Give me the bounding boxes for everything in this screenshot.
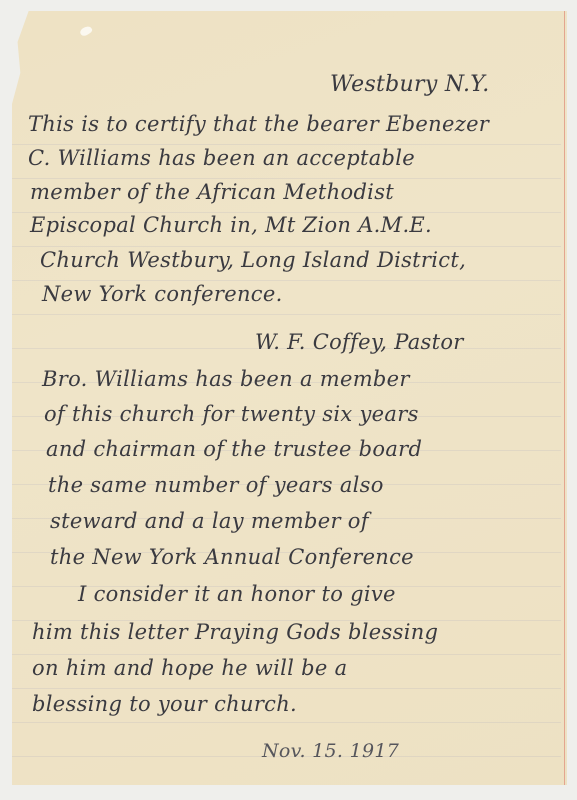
postscript-line: the same number of years also bbox=[48, 473, 384, 497]
body-line: Episcopal Church in, Mt Zion A.M.E. bbox=[30, 213, 432, 237]
ruled-line bbox=[12, 246, 561, 247]
body-line: member of the African Methodist bbox=[30, 180, 394, 204]
ruled-line bbox=[12, 178, 561, 179]
postscript-line: blessing to your church. bbox=[32, 692, 297, 716]
postscript-line: of this church for twenty six years bbox=[44, 402, 419, 426]
postscript-line: him this letter Praying Gods blessing bbox=[32, 620, 438, 644]
ruled-line bbox=[12, 314, 561, 315]
letter-place: Westbury N.Y. bbox=[330, 72, 490, 97]
postscript-line: the New York Annual Conference bbox=[50, 545, 414, 569]
ruled-line bbox=[12, 688, 561, 689]
postscript-line: on him and hope he will be a bbox=[32, 656, 347, 680]
margin-line bbox=[564, 11, 566, 785]
ruled-line bbox=[12, 722, 561, 723]
body-line: Church Westbury, Long Island District, bbox=[40, 248, 466, 272]
body-line: New York conference. bbox=[42, 282, 283, 306]
letter-date: Nov. 15. 1917 bbox=[262, 740, 399, 762]
pastor-signature: W. F. Coffey, Pastor bbox=[255, 330, 464, 354]
ruled-line bbox=[12, 654, 561, 655]
postscript-line: and chairman of the trustee board bbox=[46, 437, 422, 461]
postscript-line: I consider it an honor to give bbox=[78, 582, 396, 606]
postscript-line: steward and a lay member of bbox=[50, 509, 369, 533]
ruled-line bbox=[12, 280, 561, 281]
postscript-line: Bro. Williams has been a member bbox=[42, 367, 410, 391]
paper-tear bbox=[79, 24, 93, 37]
body-line: C. Williams has been an acceptable bbox=[28, 146, 415, 170]
body-line: This is to certify that the bearer Ebene… bbox=[28, 112, 489, 136]
ruled-line bbox=[12, 144, 561, 145]
